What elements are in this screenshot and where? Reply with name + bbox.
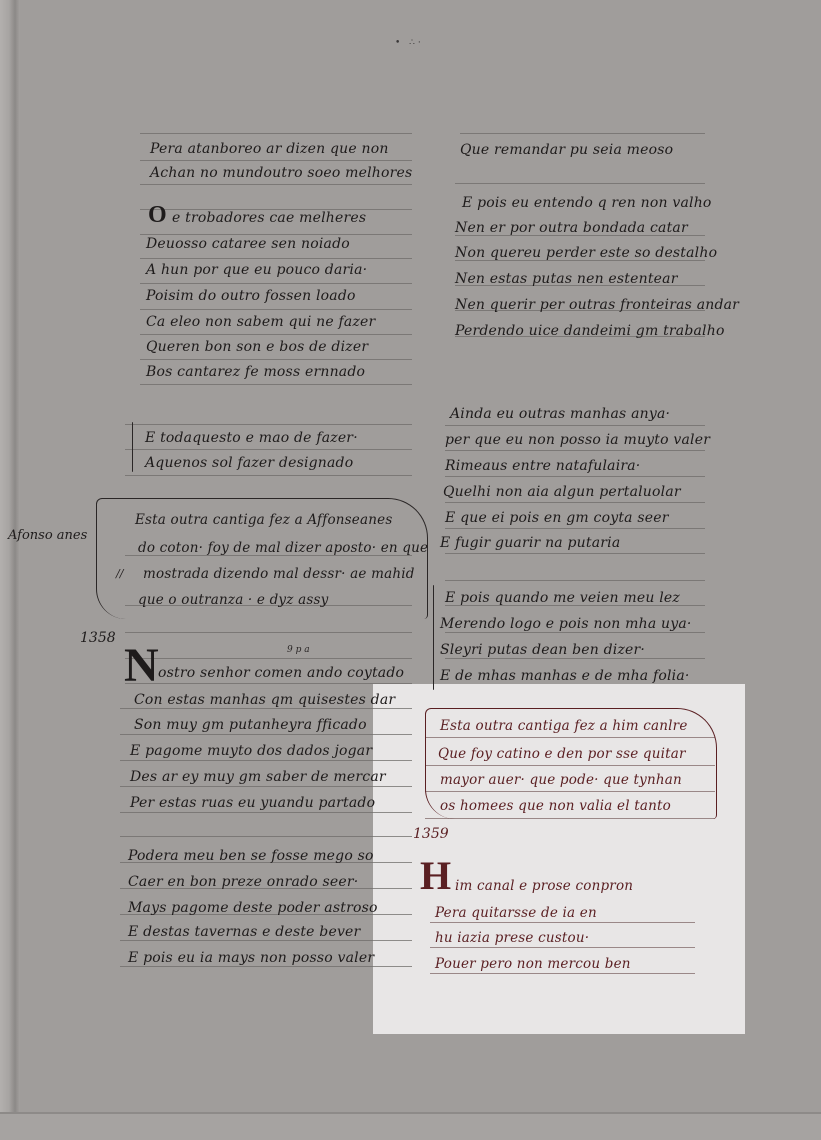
verse-line: Podera meu ben se fosse mego so — [128, 848, 374, 864]
verse-line: Poisim do outro fossen loado — [146, 288, 356, 304]
verse-line: E todaquesto e mao de fazer· — [145, 430, 358, 446]
rubric-line: Que foy catino e den por sse quitar — [438, 746, 686, 762]
verse-bracket — [433, 585, 434, 690]
ruling-line — [445, 580, 705, 581]
initial-letter: O — [148, 203, 167, 227]
ruling-line — [140, 334, 412, 335]
rubric-line: que o outranza · e dyz assy — [138, 592, 328, 608]
verse-line: E pagome muyto dos dados jogar — [130, 743, 372, 759]
verse-line: Nen estas putas nen estentear — [455, 271, 678, 287]
verse-line: ostro senhor comen ando coytado — [158, 665, 404, 681]
verse-line: per que eu non posso ia muyto valer — [445, 432, 710, 448]
ruling-line — [120, 836, 412, 837]
ruling-line — [140, 133, 412, 134]
initial-letter-large: H — [420, 856, 451, 896]
ruling-line — [445, 528, 705, 529]
verse-line: e trobadores cae melheres — [172, 210, 366, 226]
verse-line: Non quereu perder este so destalho — [455, 245, 717, 261]
rubric-line: do coton· foy de mal dizer aposto· en qu… — [138, 540, 428, 556]
rubric-line: Esta outra cantiga fez a him canlre — [440, 718, 688, 734]
ruling-line — [445, 553, 705, 554]
ruling-line — [120, 760, 412, 761]
verse-line: Pera quitarsse de ia en — [435, 905, 597, 921]
verse-line: Con estas manhas qm quisestes dar — [134, 692, 395, 708]
ruling-line — [120, 708, 412, 709]
verse-line: Pouer pero non mercou ben — [435, 956, 631, 972]
verse-line: Sleyri putas dean ben dizer· — [440, 642, 645, 658]
verse-line: Que remandar pu seia meoso — [460, 142, 673, 158]
ruling-line — [125, 424, 412, 425]
verse-line: E pois eu ia mays non posso valer — [128, 950, 374, 966]
ruling-line — [460, 133, 705, 134]
verse-line: Aquenos sol fazer designado — [145, 455, 353, 471]
verse-line: Queren bon son e bos de dizer — [146, 339, 368, 355]
folio-number: 1358 — [80, 630, 116, 646]
manuscript-page: • ∴· Pera atanboreo ar dizen que non Ach… — [0, 0, 821, 1140]
superscript-note: 9 p a — [287, 645, 310, 655]
verse-line: Ainda eu outras manhas anya· — [450, 406, 670, 422]
ruling-line — [140, 234, 412, 235]
verse-line: Caer en bon preze onrado seer· — [128, 874, 358, 890]
verse-line: Deuosso cataree sen noiado — [146, 236, 350, 252]
verse-line: Rimeaus entre natafulaira· — [445, 458, 640, 474]
ruling-line — [140, 160, 412, 161]
margin-author-note: Afonso anes — [8, 528, 87, 543]
verse-line: A hun por que eu pouco daria· — [146, 262, 367, 278]
ruling-line — [120, 940, 412, 941]
ruling-line — [430, 973, 695, 974]
ruling-line — [140, 283, 412, 284]
ruling-line — [125, 658, 412, 659]
ruling-line — [125, 632, 412, 633]
verse-line: E de mhas manhas e de mha folia· — [440, 668, 690, 684]
verse-line: Perdendo uice dandeimi gm trabalho — [455, 323, 725, 339]
ruling-line — [120, 734, 412, 735]
ruling-line — [445, 476, 705, 477]
rubric-line: Esta outra cantiga fez a Affonseanes — [135, 512, 392, 528]
verse-line: hu iazia prese custou· — [435, 930, 589, 946]
ruling-line — [140, 384, 412, 385]
verse-line: E destas tavernas e deste bever — [128, 924, 360, 940]
ruling-line — [445, 632, 705, 633]
binding-edge — [0, 0, 20, 1140]
verse-line: Nen querir per outras fronteiras andar — [455, 297, 739, 313]
verse-line: E fugir guarir na putaria — [440, 535, 620, 551]
verse-line: Son muy gm putanheyra fficado — [134, 717, 367, 733]
verse-line: Des ar ey muy gm saber de mercar — [130, 769, 386, 785]
verse-bracket — [132, 422, 133, 472]
ruling-line — [120, 786, 412, 787]
verse-line: Bos cantarez fe moss ernnado — [146, 364, 365, 380]
ruling-line — [140, 309, 412, 310]
rubric-line: os homees que non valia el tanto — [440, 798, 671, 814]
rubric-line: mostrada dizendo mal dessr· ae mahid — [143, 566, 415, 582]
verse-line: Pera atanboreo ar dizen que non — [150, 141, 389, 157]
verse-line: Ca eleo non sabem qui ne fazer — [146, 314, 375, 330]
verse-line: Mays pagome deste poder astroso — [128, 900, 378, 916]
verse-line: im canal e prose conpron — [455, 878, 633, 894]
ruling-line — [140, 184, 412, 185]
ruling-line — [125, 475, 412, 476]
rubric-line: mayor auer· que pode· que tynhan — [440, 772, 682, 788]
ruling-line — [445, 450, 705, 451]
verse-line: Nen er por outra bondada catar — [455, 220, 688, 236]
top-marks: • ∴· — [395, 38, 424, 48]
ruling-line — [430, 947, 695, 948]
folio-number: 1359 — [413, 826, 449, 842]
ruling-line — [140, 258, 412, 259]
ruling-line — [125, 683, 412, 684]
verse-line: Per estas ruas eu yuandu partado — [130, 795, 375, 811]
ruling-line — [120, 966, 412, 967]
verse-line: E pois eu entendo q ren non valho — [462, 195, 712, 211]
verse-line: E pois quando me veien meu lez — [445, 590, 680, 606]
ruling-line — [430, 922, 695, 923]
verse-line: Merendo logo e pois non mha uya· — [440, 616, 692, 632]
ruling-line — [140, 359, 412, 360]
verse-line: E que ei pois en gm coyta seer — [445, 510, 669, 526]
verse-line: Achan no mundoutro soeo melhores — [150, 165, 412, 181]
page-bottom-edge — [0, 1112, 821, 1140]
ruling-line — [445, 658, 705, 659]
ruling-line — [445, 502, 705, 503]
ruling-line — [455, 183, 705, 184]
ruling-line — [120, 812, 412, 813]
ruling-line — [125, 449, 412, 450]
ruling-line — [445, 425, 705, 426]
initial-letter-large: N — [124, 642, 159, 690]
verse-line: Quelhi non aia algun pertaluolar — [443, 484, 681, 500]
